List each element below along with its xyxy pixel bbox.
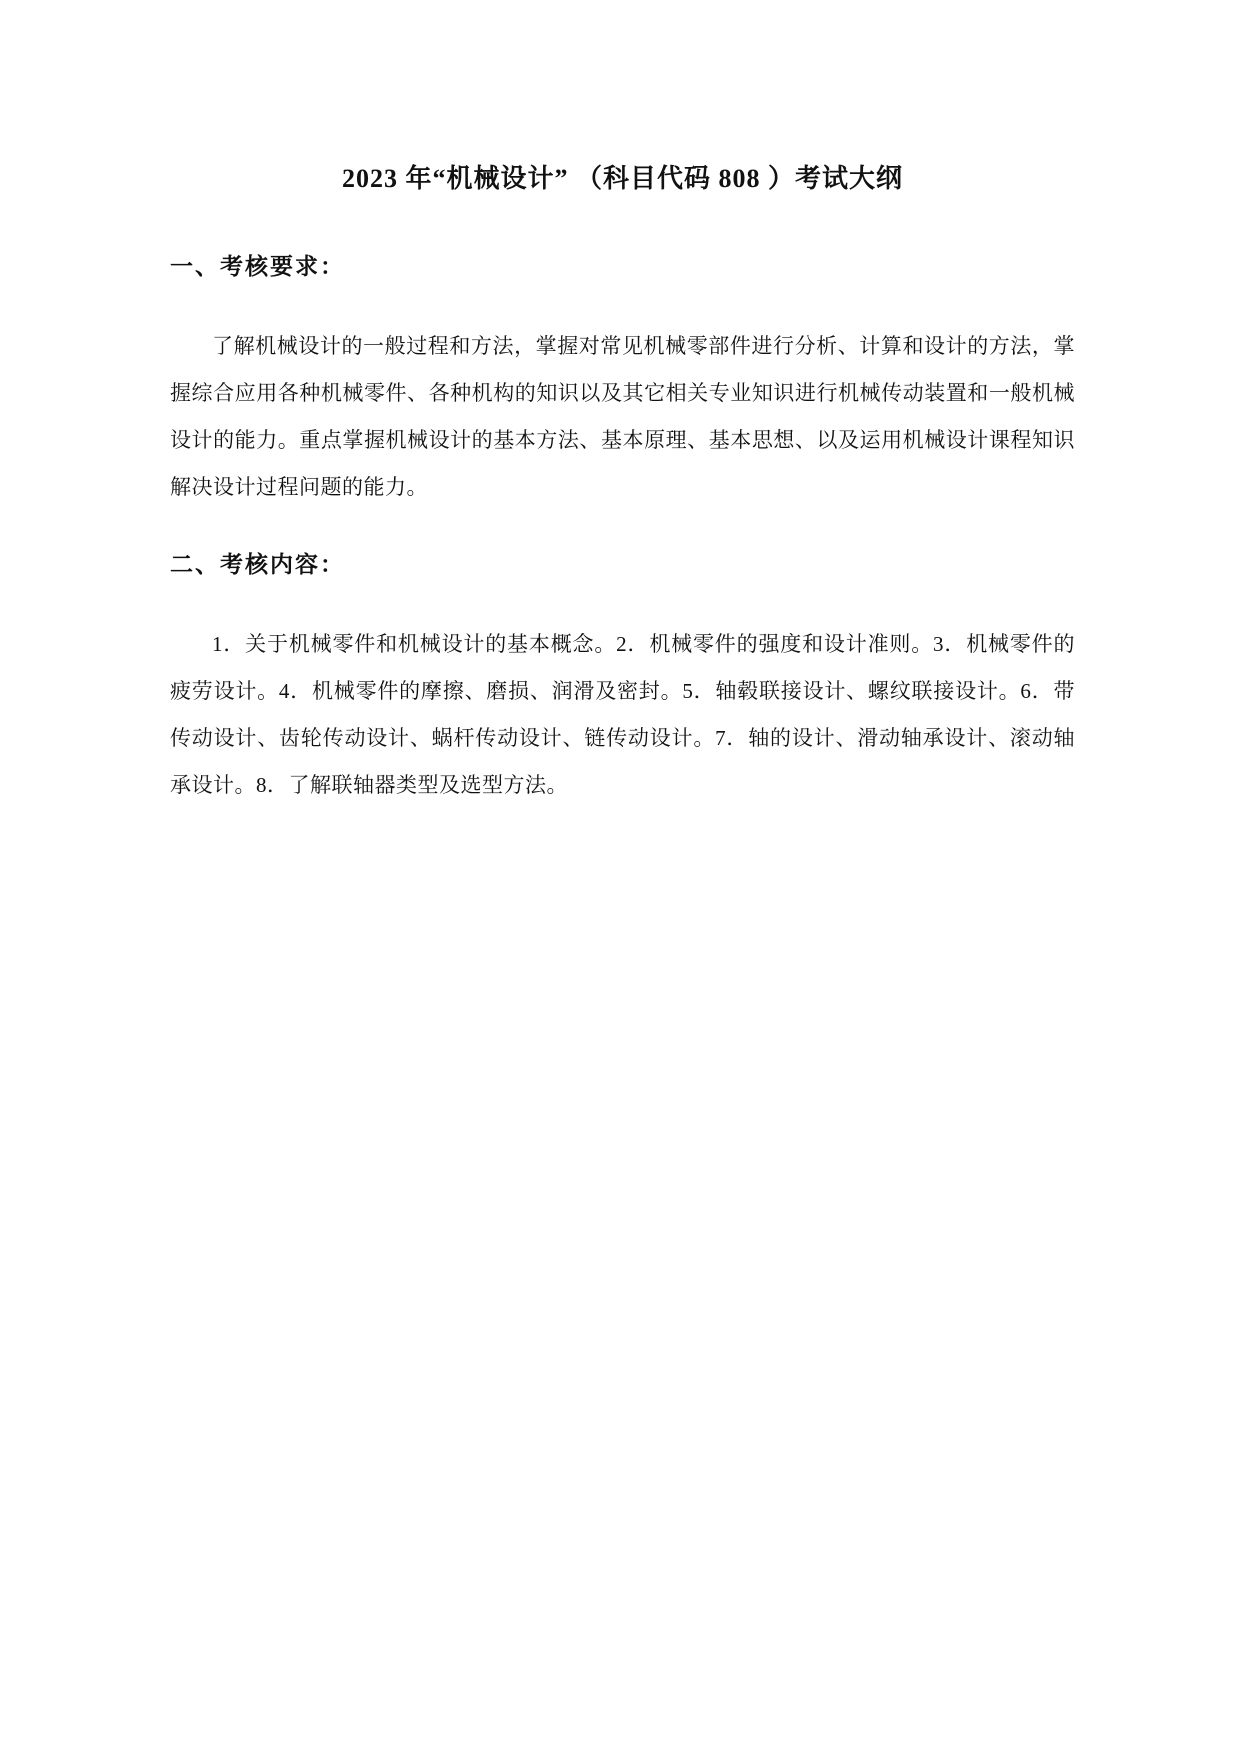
document-title: 2023 年“机械设计” （科目代码 808 ）考试大纲 — [170, 163, 1075, 195]
assessment-content-heading: 二、考核内容： — [170, 551, 1075, 579]
assessment-requirements-paragraph: 了解机械设计的一般过程和方法，掌握对常见机械零部件进行分析、计算和设计的方法，掌… — [170, 323, 1075, 511]
assessment-content-paragraph: 1．关于机械零件和机械设计的基本概念。2．机械零件的强度和设计准则。3．机械零件… — [170, 621, 1075, 809]
assessment-requirements-heading: 一、考核要求： — [170, 253, 1075, 281]
section-assessment-requirements: 一、考核要求： 了解机械设计的一般过程和方法，掌握对常见机械零部件进行分析、计算… — [170, 253, 1075, 511]
section-assessment-content: 二、考核内容： 1．关于机械零件和机械设计的基本概念。2．机械零件的强度和设计准… — [170, 551, 1075, 809]
document-page: 2023 年“机械设计” （科目代码 808 ）考试大纲 一、考核要求： 了解机… — [0, 0, 1240, 1754]
